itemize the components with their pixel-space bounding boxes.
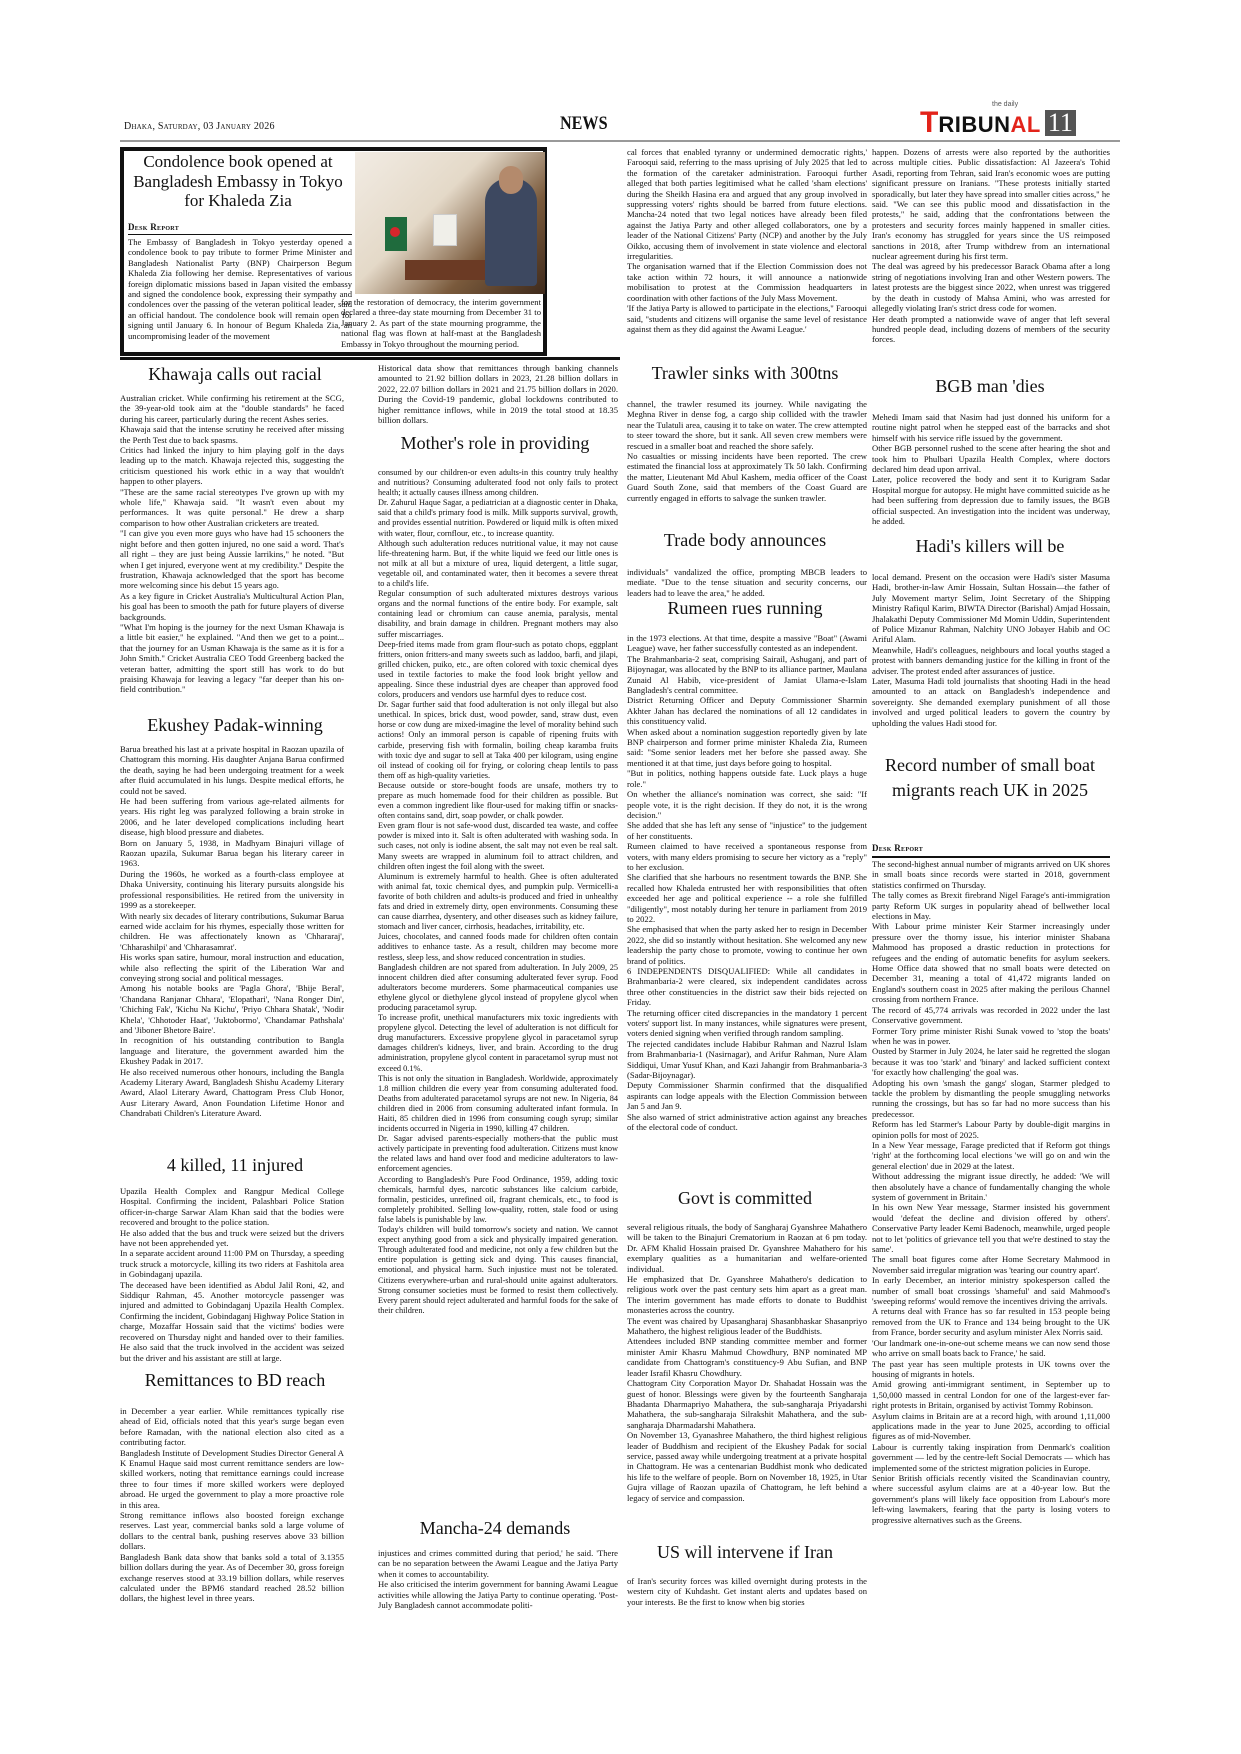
headline-hadi: Hadi's killers will be xyxy=(870,536,1110,557)
portrait-frame xyxy=(433,214,457,246)
article-migrants: The second-highest annual number of migr… xyxy=(872,859,1110,1525)
dateline: Dhaka, Saturday, 03 January 2026 xyxy=(124,121,275,132)
article-ekushey: Barua breathed his last at a private hos… xyxy=(120,744,344,1119)
article-us-iran-continued: happen. Dozens of arrests were also repo… xyxy=(872,147,1110,345)
newspaper-logo: the daily T RIBUN AL 11 xyxy=(920,106,1076,136)
person-head-shape xyxy=(499,166,523,194)
migrants-byline: Desk Report xyxy=(872,843,1110,858)
article-remittances-continued: Historical data show that remittances th… xyxy=(378,363,618,425)
headline-bgb: BGB man 'dies xyxy=(870,376,1110,397)
logo-t-letter: T xyxy=(920,110,938,136)
headline-ekushey: Ekushey Padak-winning xyxy=(120,715,350,736)
article-us-iran: of Iran's security forces was killed ove… xyxy=(627,1576,867,1607)
headline-rumeen: Rumeen rues running xyxy=(620,598,870,619)
featured-body-col2: for the restoration of democracy, the in… xyxy=(341,297,541,349)
featured-photo xyxy=(355,152,545,294)
article-govt: several religious rituals, the body of S… xyxy=(627,1222,867,1503)
article-mancha: injustices and crimes committed during t… xyxy=(378,1548,618,1610)
headline-killed: 4 killed, 11 injured xyxy=(120,1155,350,1176)
headline-mother: Mother's role in providing xyxy=(370,433,620,454)
featured-headline: Condolence book opened at Bangladesh Emb… xyxy=(128,152,348,211)
article-khawaja: Australian cricket. While confirming his… xyxy=(120,393,344,695)
headline-govt: Govt is committed xyxy=(620,1188,870,1209)
section-title: NEWS xyxy=(560,113,608,135)
article-killed: Upazila Health Complex and Rangpur Medic… xyxy=(120,1186,344,1363)
article-trawler: channel, the trawler resumed its journey… xyxy=(627,399,867,503)
logo-tagline: the daily xyxy=(992,101,1018,108)
masthead-rule xyxy=(120,140,1120,142)
article-rumeen: in the 1973 elections. At that time, des… xyxy=(627,633,867,1133)
logo-text-black: RIBUN xyxy=(938,114,1010,136)
page-number: 11 xyxy=(1045,110,1076,136)
article-mother: consumed by our children-or even adults-… xyxy=(378,468,618,1316)
featured-body-col1: The Embassy of Bangladesh in Tokyo yeste… xyxy=(128,237,352,341)
featured-byline: Desk Report xyxy=(128,222,352,235)
headline-remittances: Remittances to BD reach xyxy=(120,1370,350,1391)
column-top-rule xyxy=(120,357,620,360)
headline-migrants: Record number of small boat migrants rea… xyxy=(870,753,1110,803)
flag-icon xyxy=(385,217,407,251)
headline-us-iran: US will intervene if Iran xyxy=(620,1542,870,1563)
headline-trawler: Trawler sinks with 300tns xyxy=(620,363,870,384)
article-trade: individuals" vandalized the office, prom… xyxy=(627,567,867,598)
article-hadi: local demand. Present on the occasion we… xyxy=(872,572,1110,728)
person-shape xyxy=(485,178,537,286)
headline-mancha: Mancha-24 demands xyxy=(370,1518,620,1539)
article-remittances: in December a year earlier. While remitt… xyxy=(120,1406,344,1604)
article-mancha-continued: cal forces that enabled tyranny or under… xyxy=(627,147,867,334)
logo-text-red: AL xyxy=(1011,114,1041,136)
article-bgb: Mehedi Imam said that Nasim had just don… xyxy=(872,412,1110,526)
headline-trade: Trade body announces xyxy=(620,530,870,551)
headline-khawaja: Khawaja calls out racial xyxy=(120,364,350,385)
